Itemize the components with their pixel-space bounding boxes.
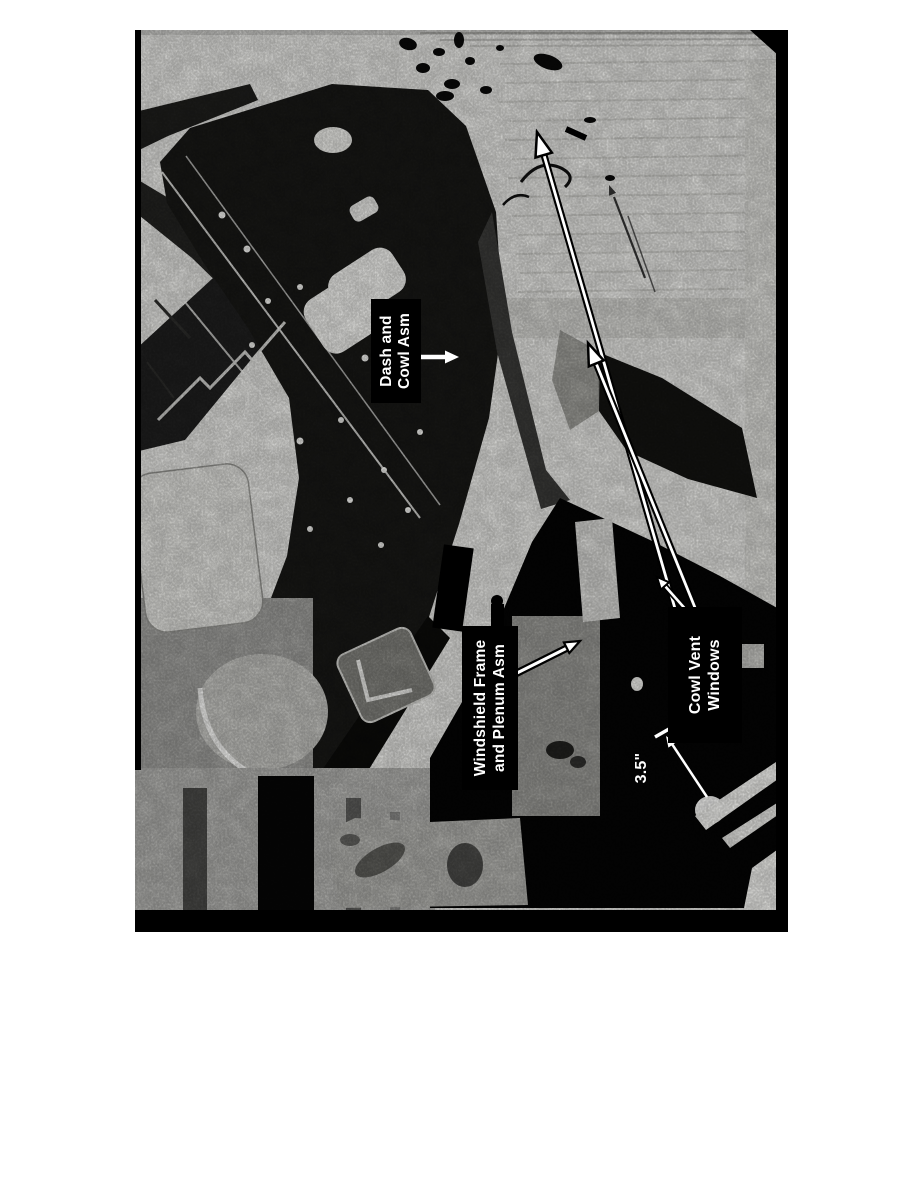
label-dash-and-cowl-asm-text: Dash and Cowl Asm [371, 299, 421, 403]
label-dash-and-cowl-asm: Dash and Cowl Asm [371, 299, 421, 403]
photo-illustration [0, 0, 918, 1188]
label-line: Cowl Asm [396, 313, 414, 389]
photo-scene [129, 30, 788, 932]
label-cowl-vent-windows-text: Cowl Vent Windows [668, 607, 742, 743]
label-dimension-3-5-inch: 3.5" [627, 742, 657, 794]
manual-page: Dash and Cowl Asm Windshield Frame and P… [0, 0, 918, 1188]
label-line: Cowl Vent [686, 636, 706, 714]
label-line: 3.5" [633, 753, 651, 784]
label-line: Windshield Frame [471, 640, 490, 777]
label-line: and Plenum Asm [490, 644, 509, 772]
label-line: Windows [705, 639, 725, 710]
label-cowl-vent-windows: Cowl Vent Windows [668, 607, 742, 743]
label-dimension-text: 3.5" [627, 742, 657, 794]
label-windshield-frame-plenum-asm: Windshield Frame and Plenum Asm [462, 626, 518, 790]
label-line: Dash and [378, 315, 396, 386]
label-windshield-frame-plenum-asm-text: Windshield Frame and Plenum Asm [462, 626, 518, 790]
